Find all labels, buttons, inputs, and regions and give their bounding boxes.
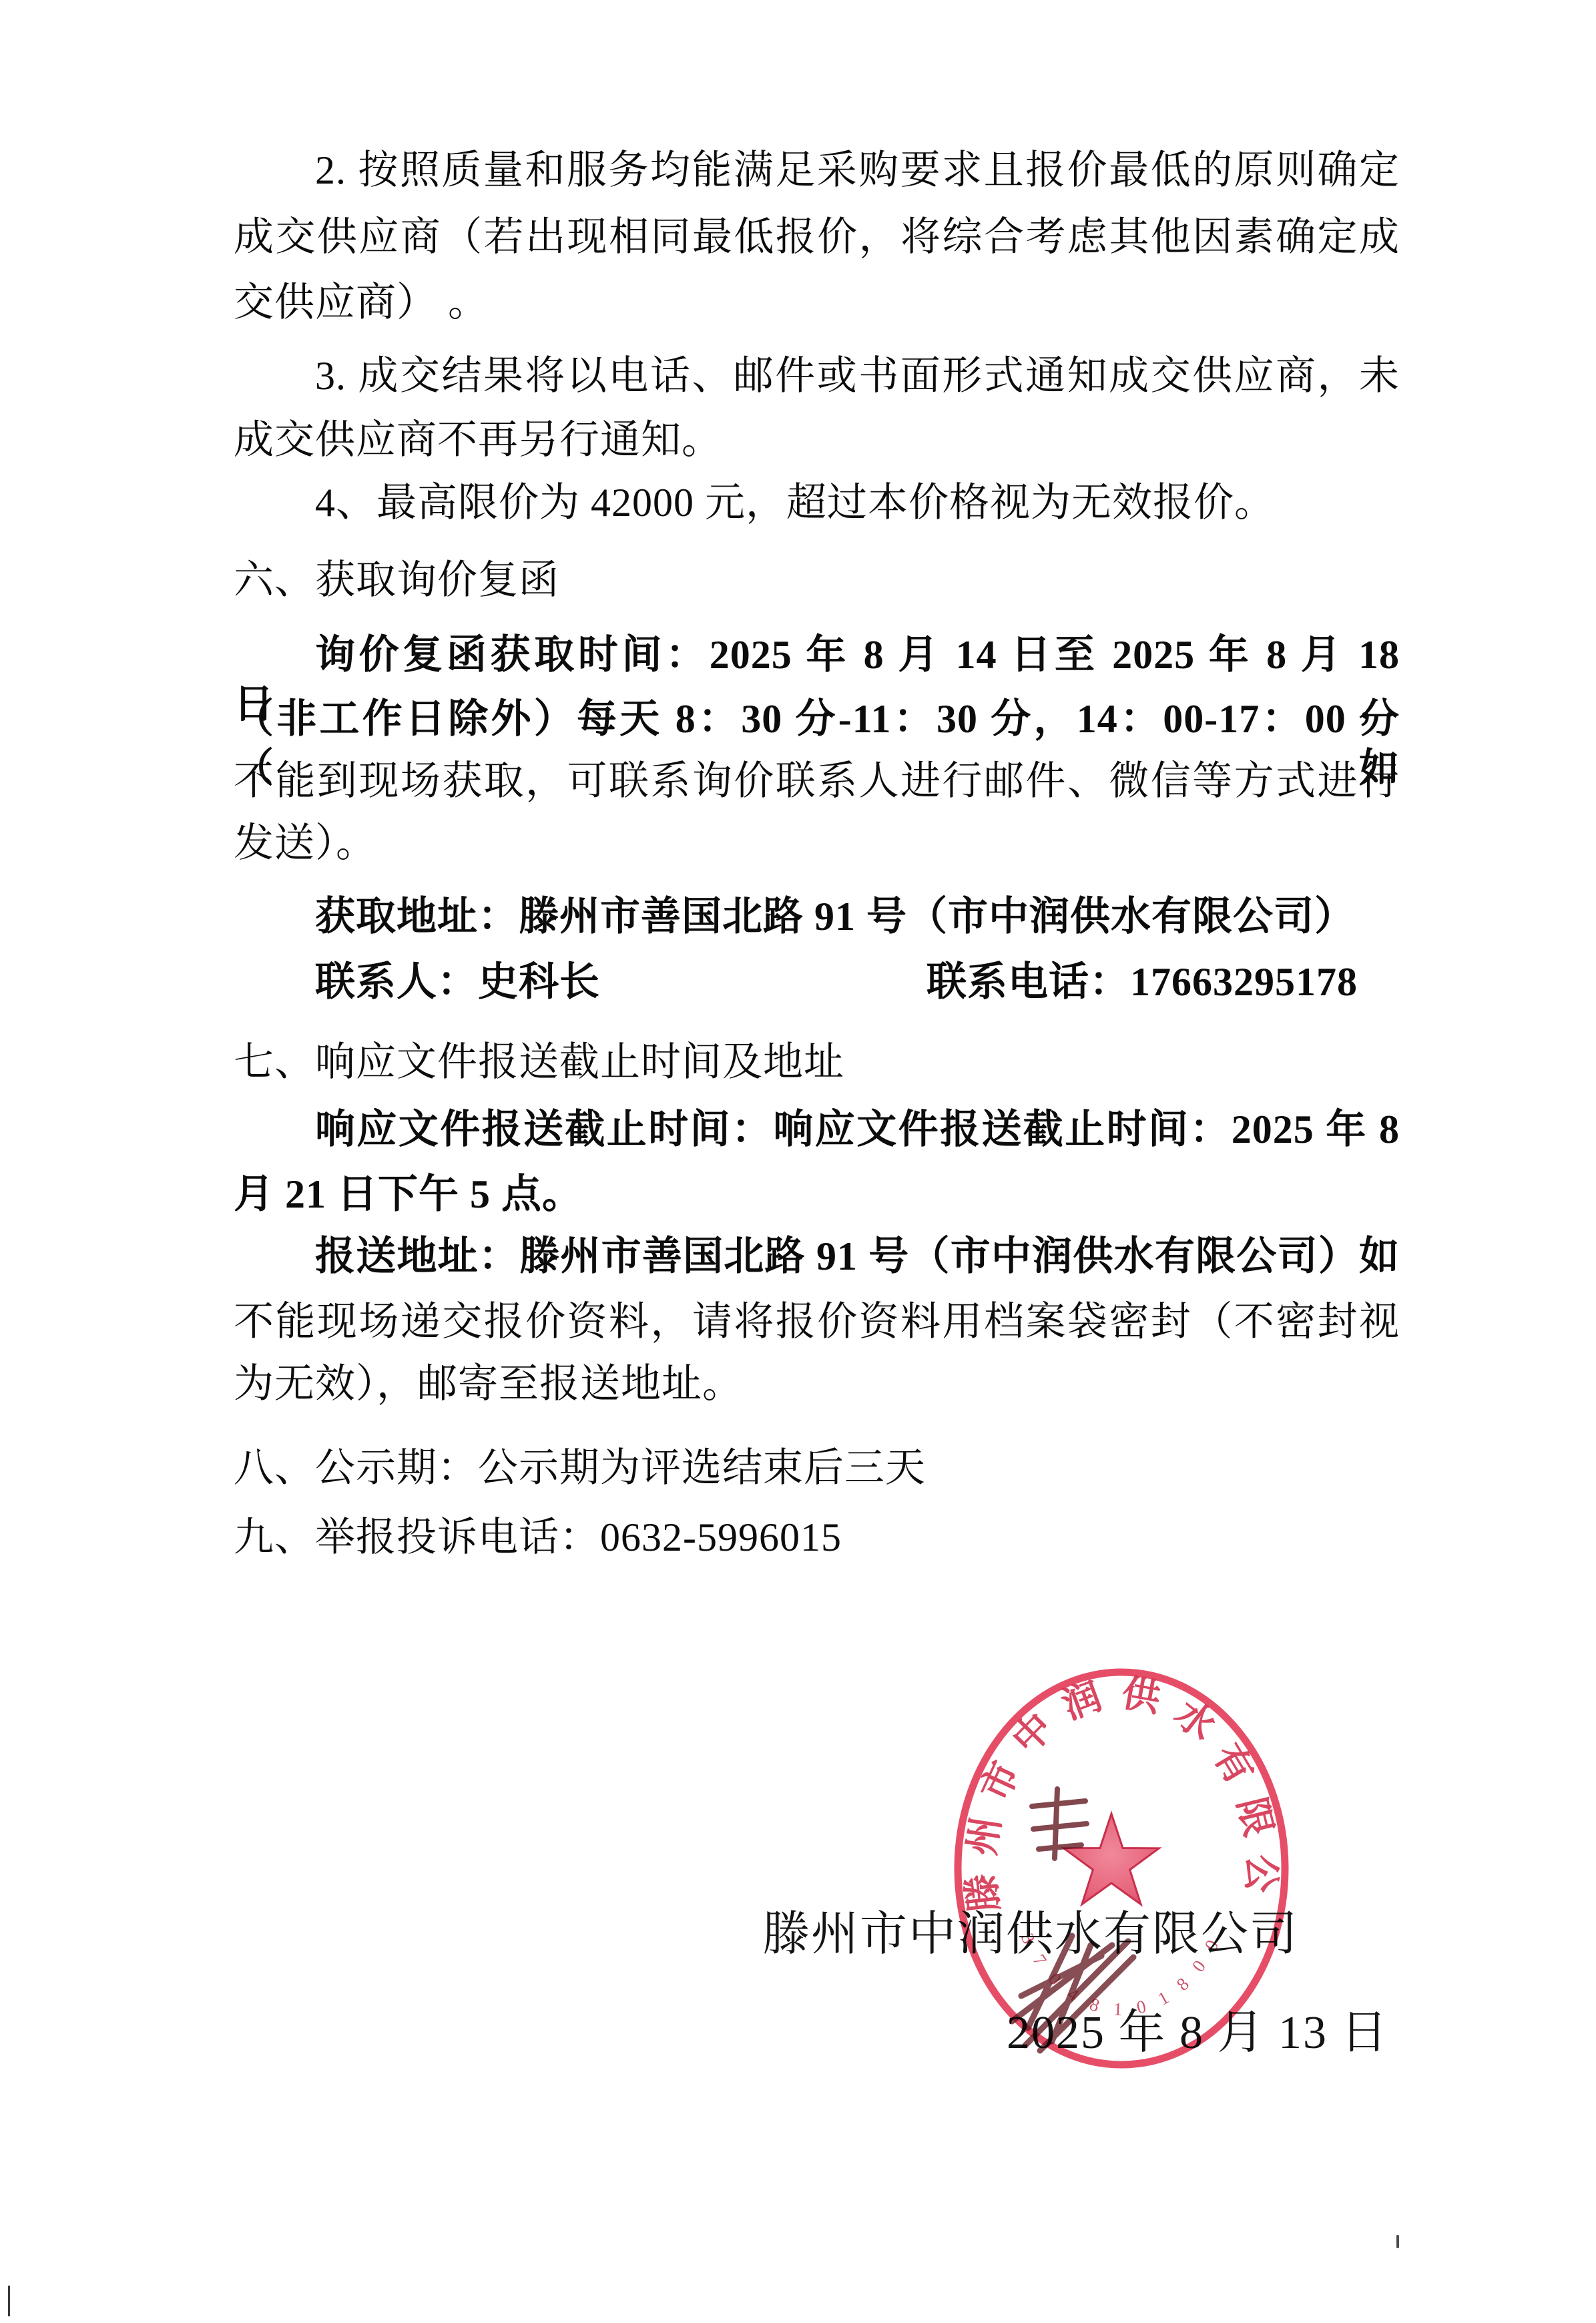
- body-line: 4、最高限价为 42000 元，超过本价格视为无效报价。: [234, 478, 1400, 527]
- scan-artifact: [1396, 2235, 1399, 2248]
- pickup-address-line: 获取地址：滕州市善国北路 91 号（市中润供水有限公司）: [234, 892, 1400, 941]
- section-heading-9: 九、举报投诉电话：0632-5996015: [234, 1513, 1400, 1562]
- contact-person: 联系人：史科长: [315, 960, 600, 1004]
- body-line: 为无效），邮寄至报送地址。: [234, 1359, 1400, 1408]
- official-seal: 滕州市中润供水有限公司 3704810180040: [933, 1643, 1310, 2092]
- submit-address-line: 报送地址：滕州市善国北路 91 号（市中润供水有限公司）如: [234, 1232, 1400, 1281]
- contact-phone-value: 17663295178: [1130, 960, 1358, 1004]
- scan-artifact: [8, 2286, 10, 2316]
- contact-person-value: 史科长: [478, 960, 600, 1004]
- body-line: 不能现场递交报价资料，请将报价资料用档案袋密封（不密封视: [234, 1297, 1400, 1346]
- body-line: 3. 成交结果将以电话、邮件或书面形式通知成交供应商，未: [234, 351, 1400, 401]
- pickup-address-label: 获取地址：: [315, 894, 519, 939]
- submit-address-value: 滕州市善国北路 91 号（市中润供水有限公司）如: [519, 1234, 1400, 1278]
- contact-phone: 联系电话：17663295178: [845, 957, 1358, 1007]
- body-line: 发送）。: [234, 818, 1400, 868]
- contact-person-label: 联系人：: [315, 960, 478, 1004]
- body-line: 2. 按照质量和服务均能满足采购要求且报价最低的原则确定: [234, 146, 1400, 195]
- section-heading-8: 八、公示期：公示期为评选结束后三天: [234, 1443, 1400, 1493]
- section-heading-6: 六、获取询价复函: [234, 555, 1400, 605]
- document-page: 2. 按照质量和服务均能满足采购要求且报价最低的原则确定 成交供应商（若出现相同…: [0, 0, 1596, 2323]
- signature-smudge: [1032, 1789, 1087, 1858]
- pickup-address-value: 滕州市善国北路 91 号（市中润供水有限公司）: [519, 894, 1355, 939]
- body-line: 交供应商） 。: [234, 278, 1400, 327]
- contact-phone-label: 联系电话：: [926, 960, 1130, 1004]
- body-line: 成交供应商不再另行通知。: [234, 415, 1400, 465]
- body-line: 不能到现场获取，可联系询价联系人进行邮件、微信等方式进行: [234, 756, 1400, 806]
- section-heading-7: 七、响应文件报送截止时间及地址: [234, 1037, 1400, 1087]
- body-line: 成交供应商（若出现相同最低报价，将综合考虑其他因素确定成: [234, 212, 1400, 262]
- submit-address-label: 报送地址：: [315, 1234, 519, 1278]
- body-line: 月 21 日下午 5 点。: [234, 1170, 1400, 1219]
- seal-star-icon: [1064, 1814, 1159, 1904]
- body-line: 响应文件报送截止时间：响应文件报送截止时间：2025 年 8: [234, 1105, 1400, 1154]
- contact-line: 联系人：史科长 联系电话：17663295178: [234, 957, 1400, 1007]
